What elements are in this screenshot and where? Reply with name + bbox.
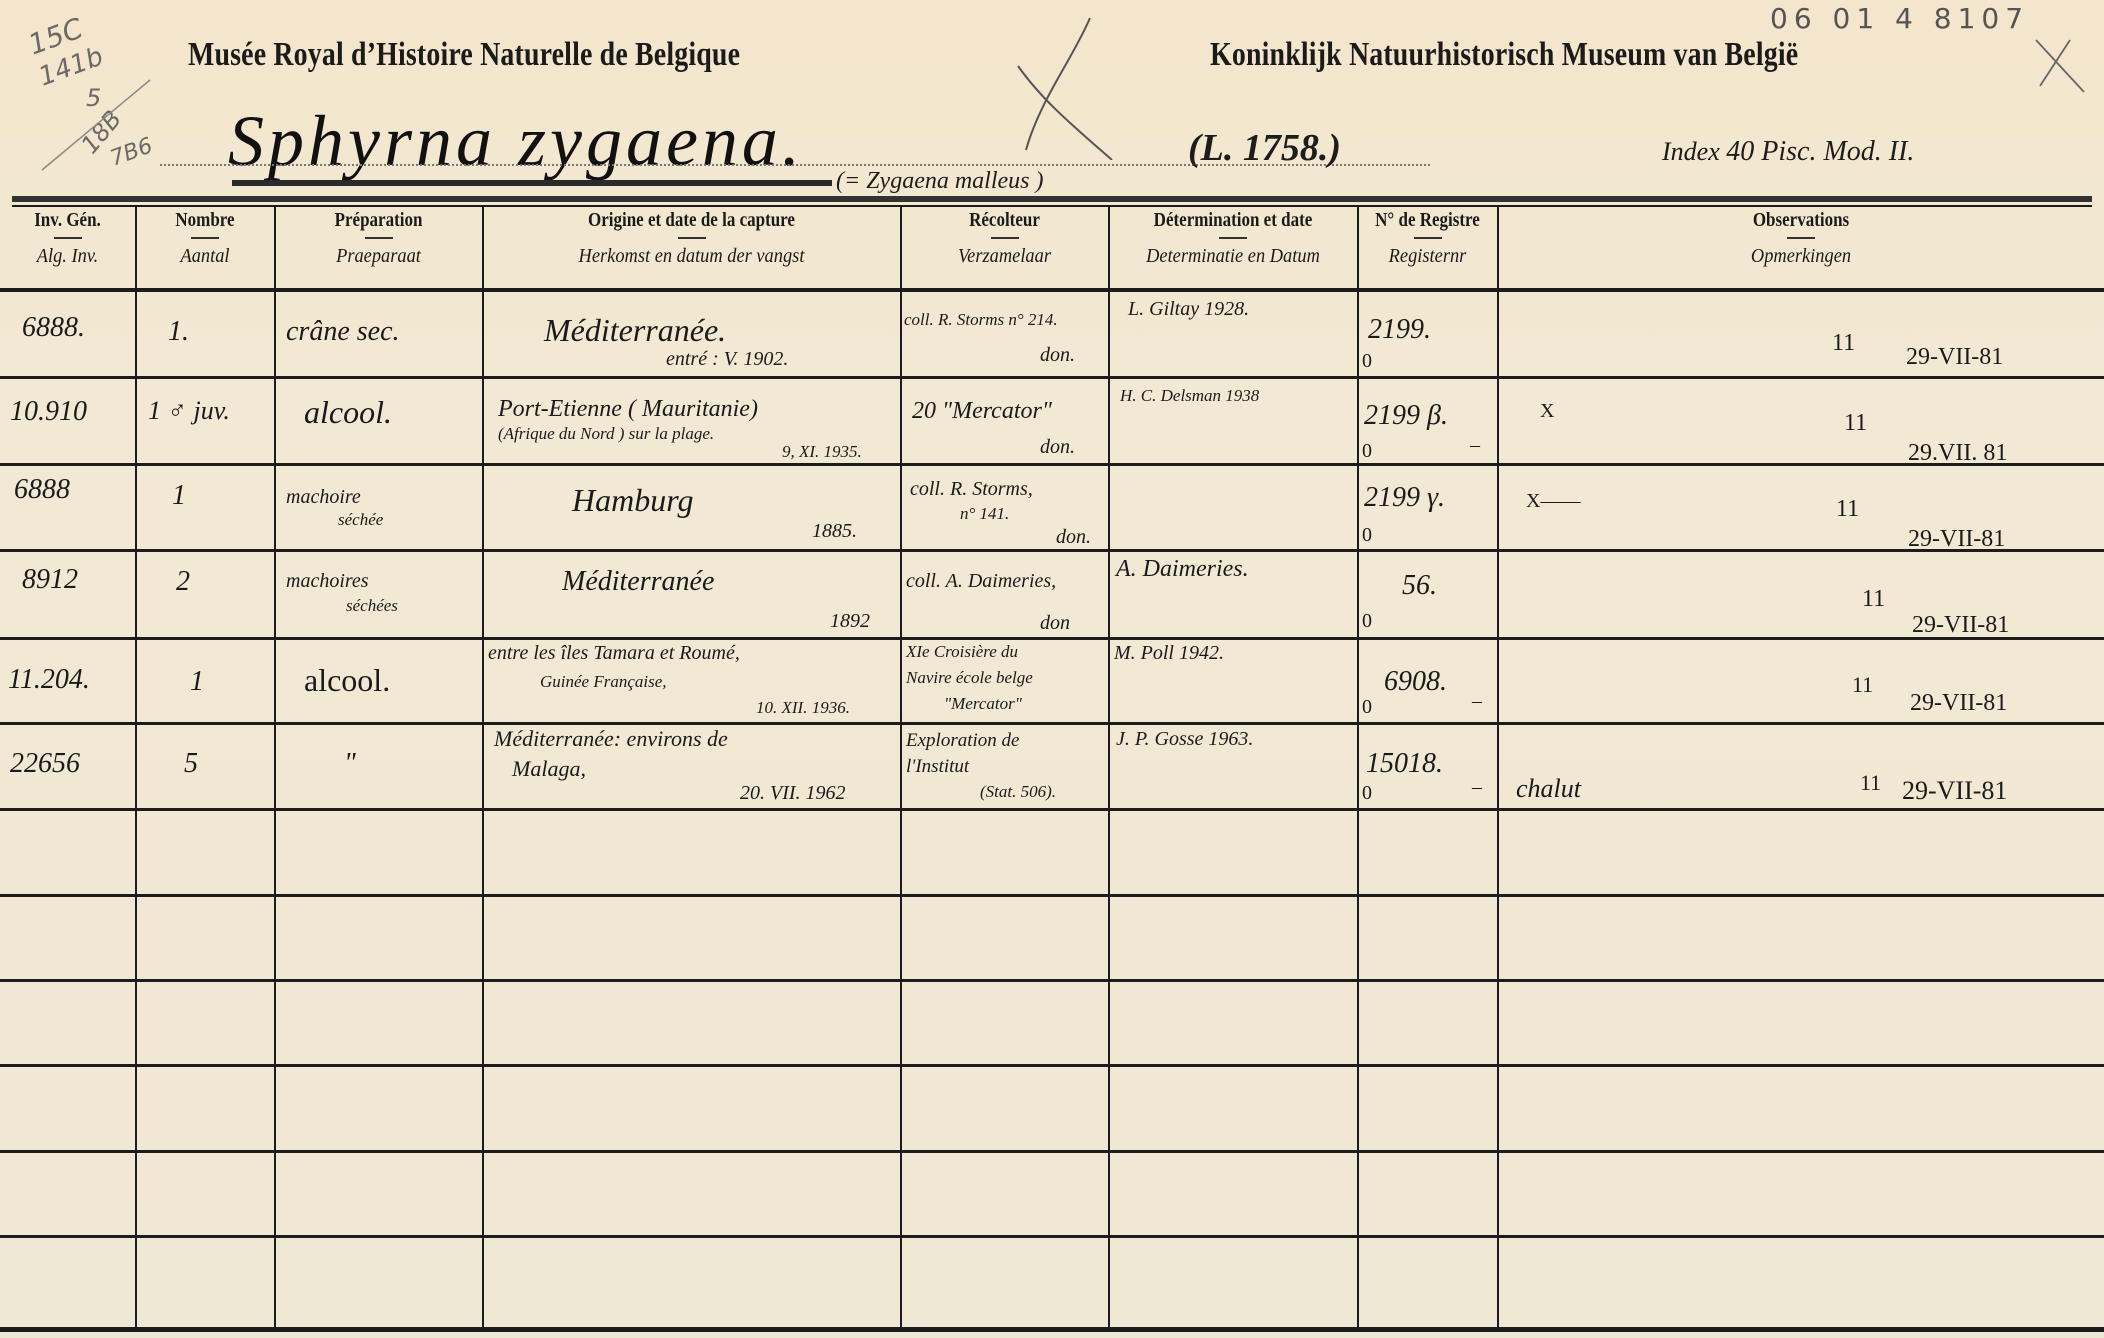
species-underline [232,180,832,186]
column-divider [135,207,137,1327]
header-nl: Aantal [142,246,269,266]
cell-observations: chalut [1516,774,1581,804]
cell-nombre: 1. [168,316,189,348]
index-label: Index [1662,137,1720,166]
cell-recolteur-line2: don. [1040,344,1075,367]
catalog-number-stamp: 06 01 4 8107 [1770,2,2029,35]
row-rule [0,1064,2104,1067]
header-fr: Préparation [291,210,467,230]
cell-recolteur-line3: (Stat. 506). [980,782,1056,802]
column-divider [274,207,276,1327]
header-top-rule [12,196,2092,202]
cell-registre-mark: 0 [1362,524,1372,547]
check-date: 29.VII. 81 [1908,440,2007,467]
species-name: Sphyrna zygaena. [228,100,804,183]
cell-recolteur-line2: n° 141. [960,504,1009,524]
header-nl: Determinatie en Datum [1119,246,1347,266]
header-fr: Détermination et date [1128,210,1339,230]
cell-origine-line2: (Afrique du Nord ) sur la plage. [498,424,714,444]
header-fr: N° de Registre [1368,210,1486,230]
row-rule [0,637,2104,640]
cell-nombre: 1 ♂ juv. [148,396,230,426]
index-reference: Index 40 Pisc. Mod. II. [1662,136,1914,168]
cell-recolteur-line1: coll. R. Storms n° 214. [904,310,1058,330]
column-header-nombre: Nombre Aantal [136,210,274,266]
header-fr: Inv. Gén. [10,210,125,230]
institution-title-nl: Koninklijk Natuurhistorisch Museum van B… [1210,36,1798,74]
cell-preparation-line2: séchée [338,510,383,530]
header-top-rule-thin [12,205,2092,207]
check-date: 29-VII-81 [1908,526,2005,553]
check-mark: 11 [1852,672,1873,698]
cell-registre-mark: 0 [1362,440,1372,463]
cell-recolteur-line2: don [1040,612,1070,635]
column-divider [482,207,484,1327]
cell-determination: J. P. Gosse 1963. [1116,728,1253,751]
cell-determination: L. Giltay 1928. [1128,298,1249,321]
column-divider [1357,207,1359,1327]
column-divider [1108,207,1110,1327]
cell-origine-line2: Malaga, [512,756,586,782]
cell-origine-line2: Guinée Française, [540,672,667,692]
row-rule [0,979,2104,982]
cell-inv: 6888. [22,312,85,344]
header-fr: Nombre [146,210,263,230]
index-value: 40 Pisc. Mod. II. [1726,136,1914,167]
cell-recolteur-line2: l'Institut [906,756,969,778]
cell-preparation-line2: séchées [346,596,398,616]
check-mark: 11 [1860,770,1881,796]
cell-registre: 2199 γ. [1364,482,1445,514]
cell-recolteur-line1: 20 "Mercator" [912,398,1052,425]
header-bottom-rule [0,288,2104,292]
cell-origine-line1: Port-Etienne ( Mauritanie) [498,396,758,423]
row-rule [0,894,2104,897]
cell-registre-dash: – [1472,690,1482,713]
check-date: 29-VII-81 [1902,776,2007,806]
cell-origine-line1: Méditerranée: environs de [494,726,728,752]
row-rule [0,722,2104,725]
column-header-inv: Inv. Gén. Alg. Inv. [0,210,135,266]
cell-origine-date: 9, XI. 1935. [782,442,862,462]
cross-mark-icon [2030,36,2090,96]
cell-origine-line1: Hamburg [572,482,693,519]
cell-registre-dash: – [1472,776,1482,799]
institution-title-fr: Musée Royal d’Histoire Naturelle de Belg… [188,36,740,74]
cell-registre-mark: 0 [1362,350,1372,373]
cell-origine-date: entré : V. 1902. [666,348,788,371]
column-header-registre: N° de Registre Registernr [1358,210,1497,266]
row-rule [0,463,2104,466]
check-mark: 11 [1844,410,1867,437]
cell-recolteur-line2: don. [1040,436,1075,459]
header-nl: Alg. Inv. [5,246,129,266]
header-nl: Opmerkingen [1522,246,2080,266]
cell-inv: 10.910 [10,396,87,428]
cell-recolteur-line1: coll. A. Daimeries, [906,570,1056,593]
check-mark: 11 [1836,496,1859,523]
column-header-observations: Observations Opmerkingen [1498,210,2104,266]
cell-inv: 22656 [10,748,80,780]
cell-registre-dash: – [1470,434,1480,457]
cell-determination: H. C. Delsman 1938 [1120,386,1259,406]
header-nl: Herkomst en datum der vangst [500,246,884,266]
column-header-recolteur: Récolteur Verzamelaar [901,210,1108,266]
header-nl: Verzamelaar [909,246,1099,266]
cell-nombre: 2 [176,566,190,598]
cell-preparation: crâne sec. [286,316,400,348]
specimen-register-card: 15C 141b 5 18B 7B6 06 01 4 8107 Musée Ro… [0,0,2104,1338]
header-fr: Origine et date de la capture [514,210,868,230]
cell-recolteur-line1: coll. R. Storms, [910,478,1033,501]
check-date: 29-VII-81 [1910,690,2007,717]
cell-origine-line1: Méditerranée [562,566,714,598]
column-header-determination: Détermination et date Determinatie en Da… [1109,210,1357,266]
cell-inv: 11.204. [8,664,90,696]
cell-origine-date: 20. VII. 1962 [740,782,846,805]
column-header-origine: Origine et date de la capture Herkomst e… [483,210,900,266]
header-nl: Registernr [1364,246,1492,266]
cell-preparation: alcool. [304,662,390,699]
species-synonym: (= Zygaena malleus ) [836,168,1044,195]
cell-origine-line1: Méditerranée. [544,312,726,349]
row-rule [0,808,2104,811]
cell-registre: 2199 β. [1364,400,1448,432]
cell-registre: 15018. [1366,748,1443,780]
cell-preparation-line1: machoires [286,570,369,593]
cell-registre-mark: 0 [1362,610,1372,633]
cell-nombre: 1 [190,666,204,698]
cell-recolteur-line2: Navire école belge [906,668,1033,688]
cell-preparation: " [344,748,356,780]
header-nl: Praeparaat [283,246,473,266]
cell-inv: 6888 [14,474,70,506]
check-date: 29-VII-81 [1912,612,2009,639]
cell-inv: 8912 [22,564,78,596]
cell-registre: 2199. [1368,314,1431,346]
cross-mark-icon [1012,10,1122,160]
check-mark: 11 [1862,586,1885,613]
column-divider [1497,207,1499,1327]
cell-recolteur-line1: Exploration de [906,730,1019,752]
cell-origine-date: 10. XII. 1936. [756,698,850,718]
header-fr: Récolteur [917,210,1093,230]
cell-preparation: alcool. [304,394,392,431]
cell-determination: M. Poll 1942. [1114,642,1224,665]
cell-registre: 6908. [1384,666,1447,698]
column-divider [900,207,902,1327]
cell-nombre: 1 [172,480,186,512]
cell-determination: A. Daimeries. [1116,556,1249,583]
row-rule [0,376,2104,379]
cell-origine-line1: entre les îles Tamara et Roumé, [488,642,740,665]
cell-registre-mark: 0 [1362,782,1372,805]
obs-x-mark: X [1540,400,1554,423]
margin-slash-line [40,60,190,180]
check-mark: 11 [1832,330,1855,357]
cell-origine-date: 1885. [812,520,857,543]
cell-recolteur-line3: don. [1056,526,1091,549]
row-rule [0,1150,2104,1153]
species-author: (L. 1758.) [1188,126,1341,170]
column-header-preparation: Préparation Praeparaat [275,210,482,266]
cell-registre: 56. [1402,570,1437,602]
header-fr: Observations [1543,210,2058,230]
check-date: 29-VII-81 [1906,344,2003,371]
cell-registre-mark: 0 [1362,696,1372,719]
row-rule [0,549,2104,552]
table-bottom-rule [0,1327,2104,1332]
cell-preparation-line1: machoire [286,486,361,509]
obs-x-mark: X—— [1526,490,1580,513]
cell-recolteur-line1: XIe Croisière du [906,642,1018,662]
cell-recolteur-line3: "Mercator" [944,694,1022,714]
row-rule [0,1235,2104,1238]
cell-nombre: 5 [184,748,198,780]
cell-origine-date: 1892 [830,610,870,633]
